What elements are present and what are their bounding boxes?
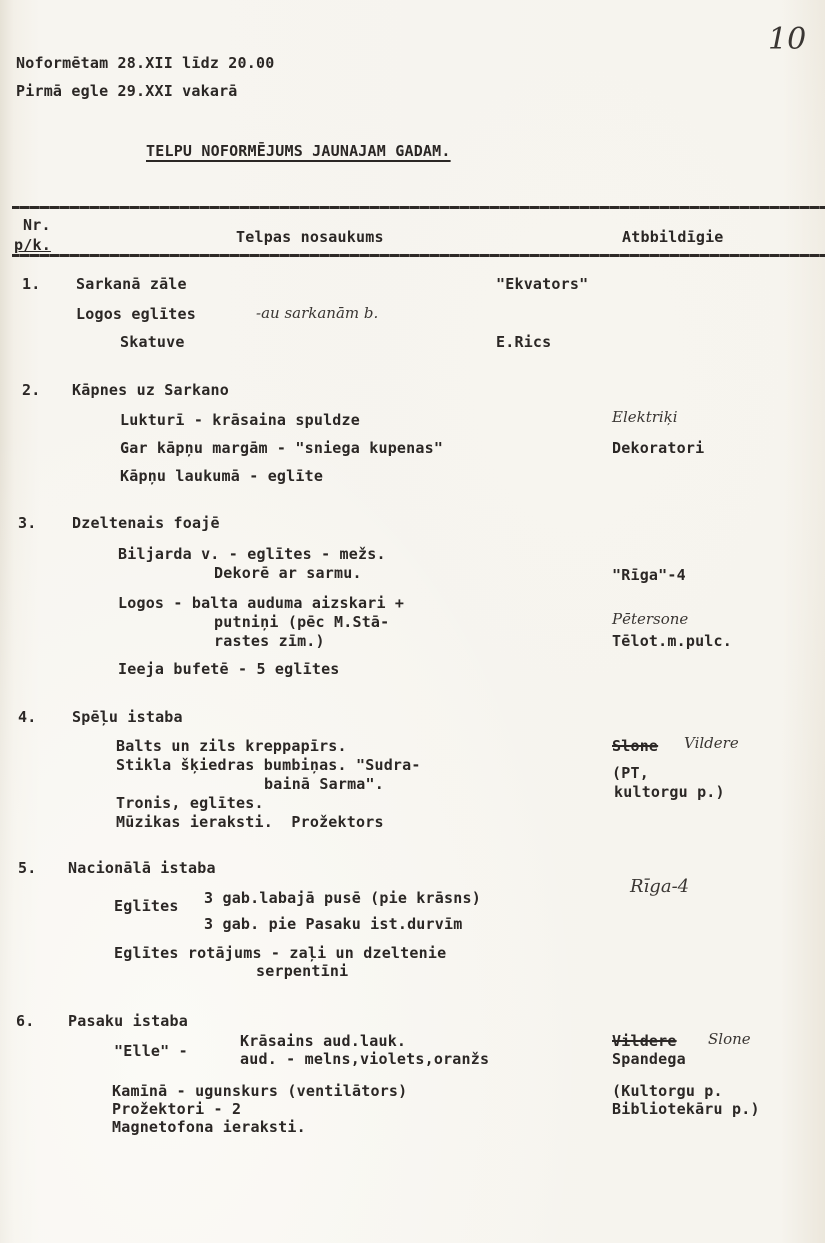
item: Krāsains aud.lauk. — [240, 1032, 406, 1050]
room-name: Pasaku istaba — [68, 1012, 188, 1030]
item: Kāpņu laukumā - eglīte — [120, 467, 323, 485]
item-label: "Elle" - — [114, 1042, 188, 1060]
item: 3 gab. pie Pasaku ist.durvīm — [204, 915, 462, 933]
item: Prožektori - 2 — [112, 1100, 241, 1118]
responsible: Dekoratori — [612, 439, 704, 457]
item-cont: Dekorē ar sarmu. — [214, 564, 362, 582]
room-name: Nacionālā istaba — [68, 859, 216, 877]
responsible: Spandega — [612, 1050, 686, 1068]
handwritten-responsible: Rīga-4 — [630, 876, 689, 897]
room-name: Kāpnes uz Sarkano — [72, 381, 229, 399]
section-number: 3. — [18, 514, 36, 532]
section-number: 2. — [22, 381, 40, 399]
item-cont: rastes zīm.) — [214, 632, 325, 650]
responsible: (PT, — [612, 764, 649, 782]
section-number: 4. — [18, 708, 36, 726]
handwritten-responsible: Slone — [708, 1030, 751, 1048]
handwritten-responsible: Elektriķi — [612, 408, 678, 426]
responsible-struck: Vildere — [612, 1032, 677, 1050]
item: Balts un zils kreppapīrs. — [116, 737, 347, 755]
section-number: 1. — [22, 275, 40, 293]
document-title: TELPU NOFORMĒJUMS JAUNAJAM GADAM. — [146, 142, 451, 160]
item-cont: aud. - melns,violets,oranžs — [240, 1050, 489, 1068]
item: Skatuve — [120, 333, 185, 351]
col-room-name-header: Telpas nosaukums — [236, 228, 384, 246]
item-cont: serpentīni — [256, 962, 348, 980]
room-name: Dzeltenais foajē — [72, 514, 220, 532]
item: Mūzikas ieraksti. Prožektors — [116, 813, 384, 831]
responsible: "Ekvators" — [496, 275, 588, 293]
room-name: Spēļu istaba — [72, 708, 183, 726]
item-cont: putniņi (pēc M.Stā- — [214, 613, 389, 631]
item: Tronis, eglītes. — [116, 794, 264, 812]
item: Biljarda v. - eglītes - mežs. — [118, 545, 386, 563]
room-name: Sarkanā zāle — [76, 275, 187, 293]
item: Gar kāpņu margām - "sniega kupenas" — [120, 439, 443, 457]
col-responsible-header: Atbbildīgie — [622, 228, 724, 246]
header-line-2: Pirmā egle 29.XXI vakarā — [16, 82, 238, 100]
responsible: Bibliotekāru p.) — [612, 1100, 760, 1118]
item: Magnetofona ieraksti. — [112, 1118, 306, 1136]
responsible: "Rīga"-4 — [612, 566, 686, 584]
handwritten-note: -au sarkanām b. — [256, 304, 378, 322]
item: Lukturī - krāsaina spuldze — [120, 411, 360, 429]
page-number: 10 — [768, 22, 806, 57]
table-top-rule — [12, 206, 825, 209]
item: 3 gab.labajā pusē (pie krāsns) — [204, 889, 481, 907]
handwritten-responsible: Pētersone — [612, 610, 688, 628]
header-line-1: Noformētam 28.XII līdz 20.00 — [16, 54, 274, 72]
item-label: Eglītes — [114, 897, 179, 915]
col-nr-line1: Nr. — [23, 216, 51, 234]
item: Ieeja bufetē - 5 eglītes — [118, 660, 340, 678]
item: Eglītes rotājums - zaļi un dzeltenie — [114, 944, 446, 962]
responsible: (Kultorgu p. — [612, 1082, 723, 1100]
col-nr-line2: p/k. — [14, 236, 51, 254]
responsible: kultorgu p.) — [614, 783, 725, 801]
responsible: E.Rics — [496, 333, 551, 351]
handwritten-responsible: Vildere — [684, 734, 739, 752]
item: Stikla šķiedras bumbiņas. "Sudra- — [116, 756, 421, 774]
responsible-struck: Slone — [612, 737, 658, 755]
item-cont: bainā Sarma". — [264, 775, 384, 793]
item: Kamīnā - ugunskurs (ventilātors) — [112, 1082, 407, 1100]
table-header-rule — [12, 254, 825, 257]
item: Logos eglītes — [76, 305, 196, 323]
item: Logos - balta auduma aizskari + — [118, 594, 404, 612]
section-number: 6. — [16, 1012, 34, 1030]
responsible: Tēlot.m.pulc. — [612, 632, 732, 650]
section-number: 5. — [18, 859, 36, 877]
